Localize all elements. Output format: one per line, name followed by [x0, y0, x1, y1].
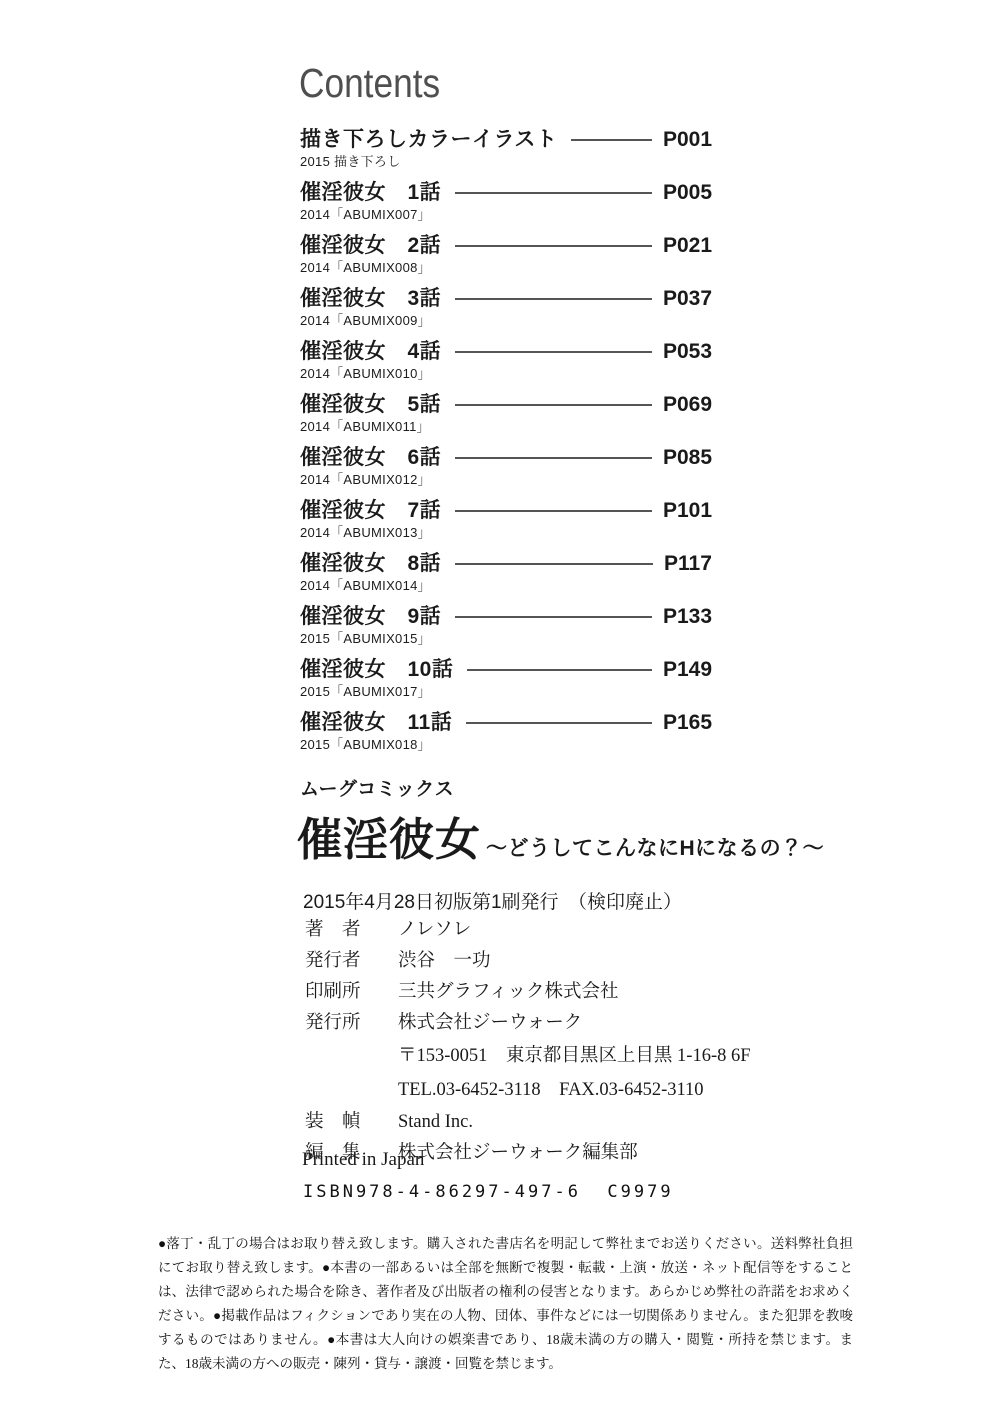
toc-entry-source: 2015「ABUMIX018」 — [300, 737, 712, 752]
toc-entry-source: 2014「ABUMIX013」 — [300, 525, 712, 540]
toc-leader-line — [467, 669, 652, 671]
toc-page-number: P085 — [663, 446, 712, 470]
toc-entry-title: 催淫彼女 7話 — [300, 498, 441, 523]
toc-entry-title: 催淫彼女 10話 — [300, 657, 453, 682]
toc-entry-source: 2014「ABUMIX007」 — [300, 207, 712, 222]
edition-line: 2015年4月28日初版第1刷発行 （検印廃止） — [303, 887, 682, 914]
printed-in-japan: Printed in Japan — [302, 1149, 424, 1171]
publisher-address: 〒153-0051 東京都目黒区上目黒 1-16-8 6F — [398, 1043, 751, 1069]
toc-entry-title: 描き下ろしカラーイラスト — [300, 127, 557, 152]
toc-item: 催淫彼女 9話 P133 2015「ABUMIX015」 — [300, 604, 712, 646]
colophon-label: 印刷所 — [305, 981, 365, 1003]
toc-item: 催淫彼女 10話 P149 2015「ABUMIX017」 — [300, 657, 712, 699]
toc-item: 催淫彼女 11話 P165 2015「ABUMIX018」 — [300, 710, 712, 752]
toc-leader-line — [455, 298, 652, 300]
colophon-value: 株式会社ジーウォーク — [398, 1012, 582, 1034]
toc-entry-source: 2014「ABUMIX010」 — [300, 366, 712, 381]
toc-entry-title: 催淫彼女 3話 — [300, 286, 441, 311]
toc-entry-source: 2015「ABUMIX017」 — [300, 684, 712, 699]
toc-item: 催淫彼女 6話 P085 2014「ABUMIX012」 — [300, 445, 712, 487]
toc-leader-line — [455, 351, 652, 353]
toc-leader-line — [455, 192, 652, 194]
colophon-label: 著 者 — [305, 919, 365, 941]
toc-entry-title: 催淫彼女 9話 — [300, 604, 441, 629]
toc-entry-title: 催淫彼女 8話 — [300, 551, 441, 576]
colophon-value: ノレソレ — [398, 919, 471, 941]
toc-entry-source: 2014「ABUMIX009」 — [300, 313, 712, 328]
colophon-row-publishing-house: 発行所 株式会社ジーウォーク — [305, 1012, 751, 1034]
toc-page-number: P037 — [663, 287, 712, 311]
toc-item: 催淫彼女 7話 P101 2014「ABUMIX013」 — [300, 498, 712, 540]
toc-leader-line — [455, 510, 652, 512]
toc-entry-source: 2015 描き下ろし — [300, 154, 712, 169]
imprint-label: ムーグコミックス — [300, 774, 454, 801]
toc-item: 描き下ろしカラーイラスト P001 2015 描き下ろし — [300, 127, 712, 169]
table-of-contents: 描き下ろしカラーイラスト P001 2015 描き下ろし 催淫彼女 1話 P00… — [300, 127, 712, 763]
toc-leader-line — [466, 722, 652, 724]
toc-page-number: P149 — [663, 658, 712, 682]
isbn-code: ISBN978-4-86297-497-6 C9979 — [303, 1182, 674, 1202]
toc-page-number: P005 — [663, 181, 712, 205]
colophon-label: 装 幀 — [305, 1111, 365, 1133]
colophon-row-publisher-person: 発行者 渋谷 一功 — [305, 950, 751, 972]
colophon-row-author: 著 者 ノレソレ — [305, 919, 751, 941]
colophon-value: 渋谷 一功 — [398, 950, 491, 972]
toc-page-number: P165 — [663, 711, 712, 735]
toc-item: 催淫彼女 4話 P053 2014「ABUMIX010」 — [300, 339, 712, 381]
colophon-block: 著 者 ノレソレ 発行者 渋谷 一功 印刷所 三共グラフィック株式会社 発行所 … — [305, 919, 751, 1173]
toc-item: 催淫彼女 2話 P021 2014「ABUMIX008」 — [300, 233, 712, 275]
colophon-value: 三共グラフィック株式会社 — [398, 981, 619, 1003]
book-subtitle: ～どうしてこんなにHになるの？～ — [486, 832, 824, 862]
toc-leader-line — [571, 139, 652, 141]
toc-entry-title: 催淫彼女 11話 — [300, 710, 452, 735]
toc-entry-source: 2014「ABUMIX011」 — [300, 419, 712, 434]
toc-entry-title: 催淫彼女 2話 — [300, 233, 441, 258]
book-title: 催淫彼女 — [297, 803, 481, 868]
toc-entry-source: 2014「ABUMIX012」 — [300, 472, 712, 487]
publisher-phone: TEL.03-6452-3118 FAX.03-6452-3110 — [398, 1077, 751, 1103]
page-title: Contents — [299, 60, 440, 107]
toc-page-number: P053 — [663, 340, 712, 364]
toc-item: 催淫彼女 5話 P069 2014「ABUMIX011」 — [300, 392, 712, 434]
toc-entry-title: 催淫彼女 6話 — [300, 445, 441, 470]
colophon-value: 株式会社ジーウォーク編集部 — [398, 1142, 638, 1164]
book-title-row: 催淫彼女 ～どうしてこんなにHになるの？～ — [297, 803, 824, 868]
colophon-label: 発行者 — [305, 950, 365, 972]
toc-page-number: P021 — [663, 234, 712, 258]
toc-page-number: P101 — [663, 499, 712, 523]
toc-leader-line — [455, 457, 652, 459]
toc-item: 催淫彼女 1話 P005 2014「ABUMIX007」 — [300, 180, 712, 222]
toc-entry-title: 催淫彼女 1話 — [300, 180, 441, 205]
colophon-value: Stand Inc. — [398, 1111, 473, 1133]
toc-leader-line — [455, 404, 652, 406]
colophon-label: 発行所 — [305, 1012, 365, 1034]
toc-entry-source: 2014「ABUMIX008」 — [300, 260, 712, 275]
toc-page-number: P069 — [663, 393, 712, 417]
toc-leader-line — [455, 616, 652, 618]
colophon-page: Contents 描き下ろしカラーイラスト P001 2015 描き下ろし 催淫… — [0, 0, 1000, 1419]
toc-entry-title: 催淫彼女 4話 — [300, 339, 441, 364]
toc-entry-title: 催淫彼女 5話 — [300, 392, 441, 417]
toc-leader-line — [455, 245, 652, 247]
legal-fine-print: ●落丁・乱丁の場合はお取り替え致します。購入された書店名を明記して弊社までお送り… — [158, 1232, 853, 1376]
colophon-row-design: 装 幀 Stand Inc. — [305, 1111, 751, 1133]
colophon-row-printer: 印刷所 三共グラフィック株式会社 — [305, 981, 751, 1003]
toc-page-number: P133 — [663, 605, 712, 629]
toc-entry-source: 2014「ABUMIX014」 — [300, 578, 712, 593]
toc-item: 催淫彼女 8話 P117 2014「ABUMIX014」 — [300, 551, 712, 593]
toc-page-number: P001 — [663, 128, 712, 152]
toc-leader-line — [455, 563, 653, 565]
toc-entry-source: 2015「ABUMIX015」 — [300, 631, 712, 646]
toc-item: 催淫彼女 3話 P037 2014「ABUMIX009」 — [300, 286, 712, 328]
toc-page-number: P117 — [664, 552, 712, 576]
